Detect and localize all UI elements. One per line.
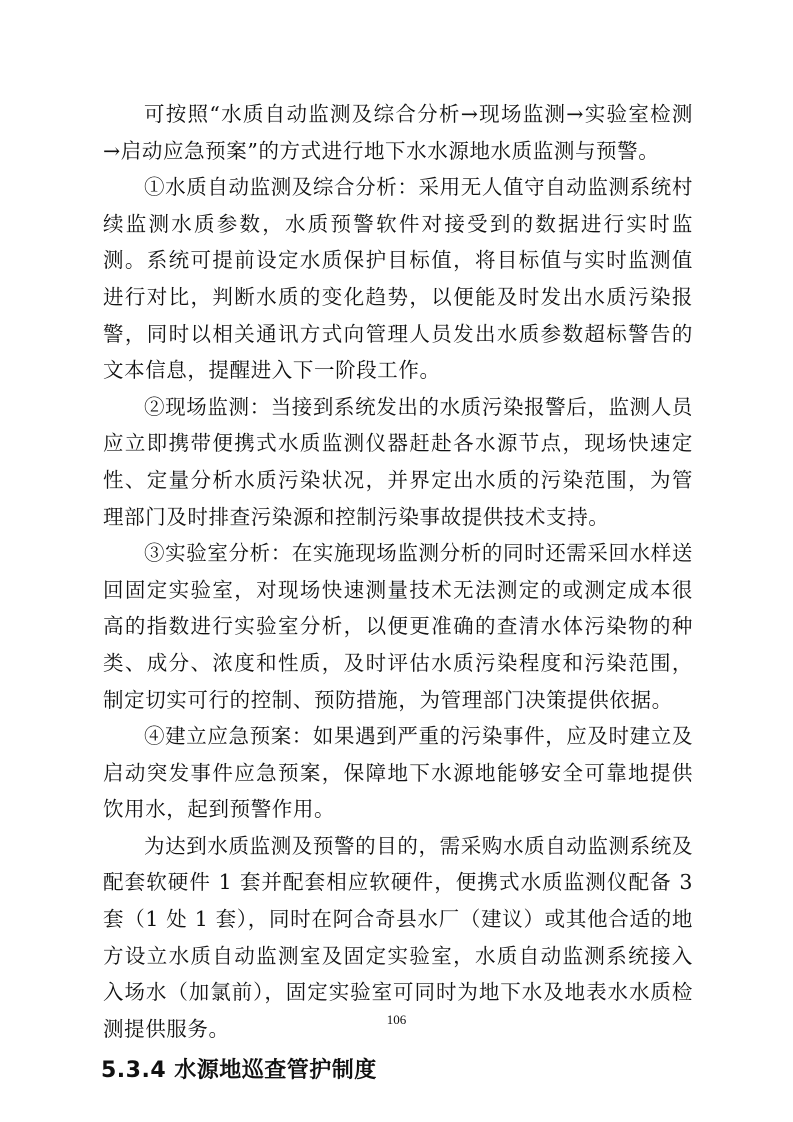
paragraph-auto-monitoring: ①水质自动监测及综合分析：采用无人值守自动监测系统村续监测水质参数，水质预警软件… xyxy=(103,169,693,389)
paragraph-intro: 可按照“水质自动监测及综合分析→现场监测→实验室检测→启动应急预案”的方式进行地… xyxy=(103,96,693,169)
paragraph-field-monitoring: ②现场监测：当接到系统发出的水质污染报警后，监测人员应立即携带便携式水质监测仪器… xyxy=(103,389,693,535)
page-number: 106 xyxy=(0,1012,793,1028)
section-heading: 5.3.4 水源地巡查管护制度 xyxy=(101,1051,693,1091)
document-page-body: 可按照“水质自动监测及综合分析→现场监测→实验室检测→启动应急预案”的方式进行地… xyxy=(103,96,693,1091)
paragraph-emergency-plan: ④建立应急预案：如果遇到严重的污染事件，应及时建立及启动突发事件应急预案，保障地… xyxy=(103,718,693,828)
paragraph-lab-analysis: ③实验室分析：在实施现场监测分析的同时还需采回水样送回固定实验室，对现场快速测量… xyxy=(103,535,693,718)
